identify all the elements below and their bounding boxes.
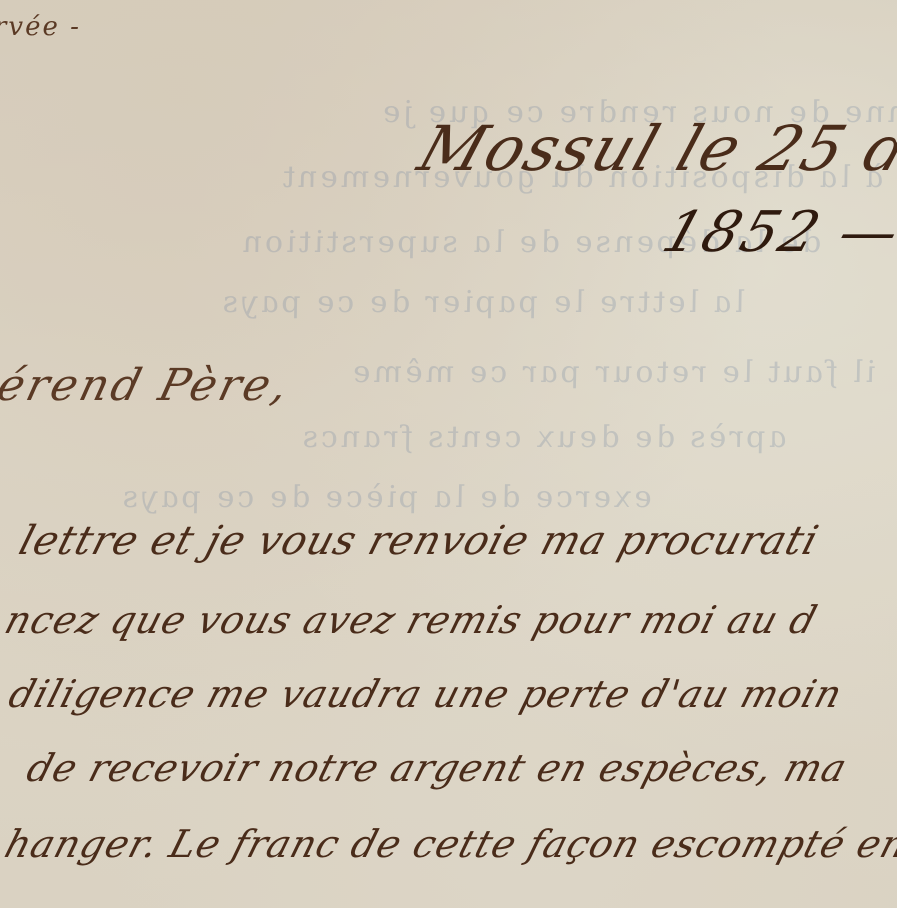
bleed-through-line: après de deux cents francs: [296, 420, 791, 455]
bleed-through-line: il faut le retour par ce même: [346, 355, 879, 390]
salutation: érend Père,: [0, 360, 296, 411]
body-line: diligence me vaudra une perte d'au moin: [4, 672, 848, 716]
top-fragment: rvée -: [0, 12, 81, 42]
body-line: de recevoir notre argent en espèces, ma: [22, 746, 852, 790]
letter-page: bonne de nous rendre ce que je mais à la…: [0, 0, 897, 908]
body-line: lettre et je vous renvoie ma procurati: [14, 518, 824, 564]
place-date-line-2: 1852 —: [655, 200, 897, 265]
bleed-through-line: exerce de la pièce de ce pays: [116, 480, 655, 515]
body-line: hanger. Le franc de cette façon escompté…: [0, 822, 897, 866]
bleed-through-line: la lettre le papier de ce pays: [216, 285, 748, 320]
body-line: ncez que vous avez remis pour moi au d: [0, 598, 822, 642]
place-date-line-1: Mossul le 25 d: [410, 112, 897, 185]
